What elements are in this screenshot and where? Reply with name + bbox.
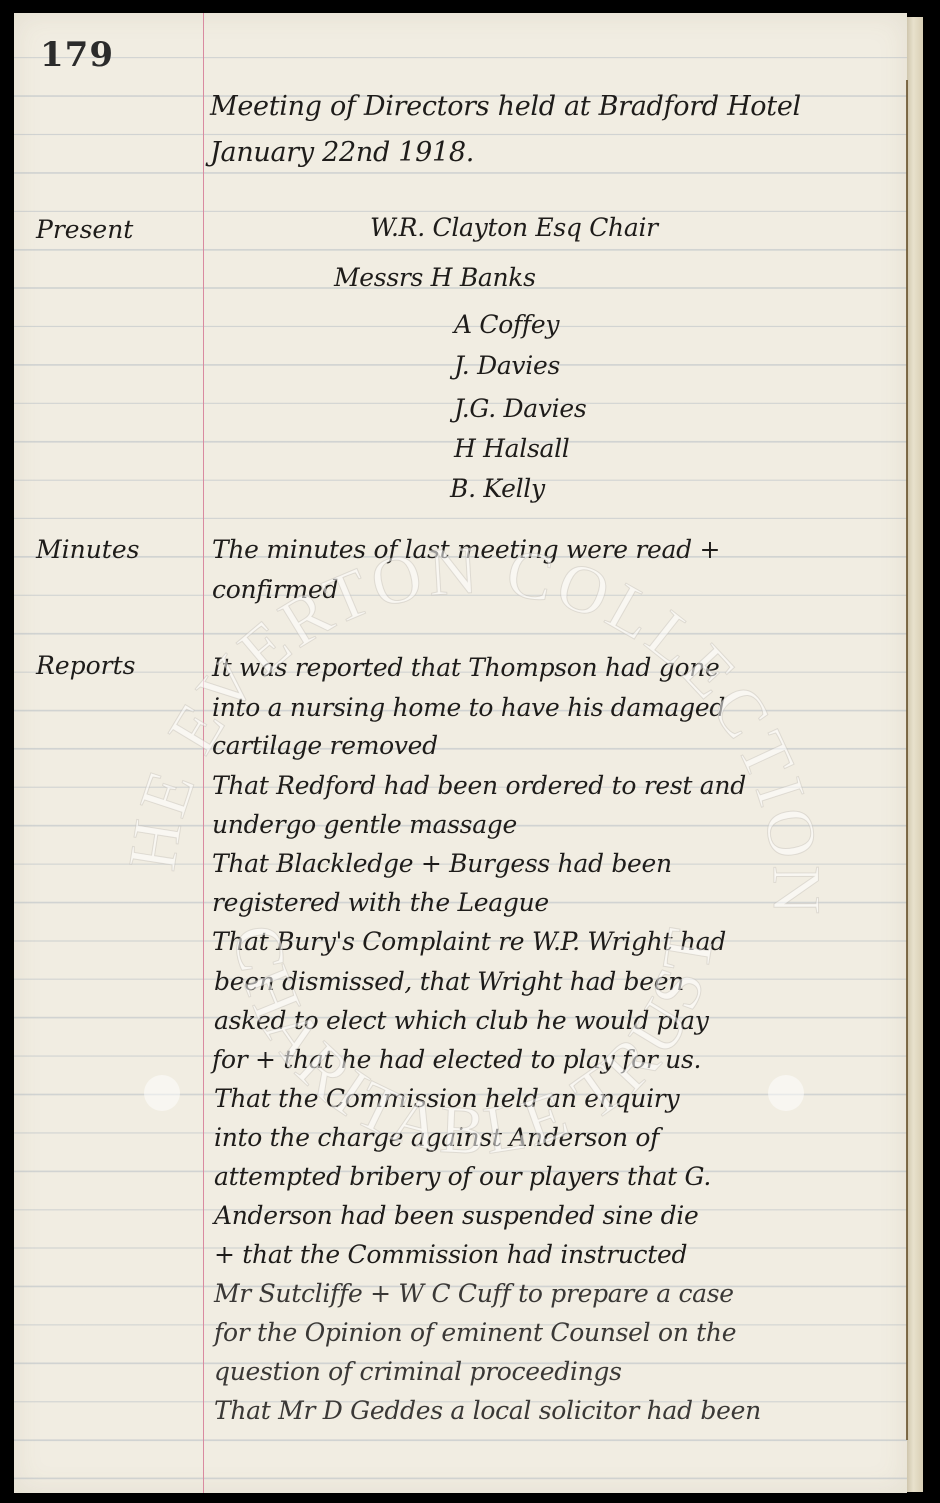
- report-line: for + that he had elected to play for us…: [212, 1045, 701, 1074]
- minutes-label: Minutes: [36, 535, 139, 564]
- report-line: undergo gentle massage: [212, 810, 517, 839]
- ledger-page: 179 Meeting of Directors held at Bradfor…: [14, 13, 907, 1493]
- report-line: It was reported that Thompson had gone: [212, 653, 720, 682]
- attendee: B. Kelly: [450, 474, 545, 503]
- report-line: That Mr D Geddes a local solicitor had b…: [214, 1396, 761, 1425]
- report-line: cartilage removed: [212, 731, 438, 760]
- present-label: Present: [36, 215, 133, 244]
- report-line: That Blackledge + Burgess had been: [212, 849, 672, 878]
- page-number: 179: [40, 35, 114, 75]
- minutes-line: confirmed: [212, 575, 338, 604]
- report-line: That Redford had been ordered to rest an…: [212, 771, 746, 800]
- report-line: That the Commission held an enquiry: [214, 1084, 679, 1113]
- report-line: + that the Commission had instructed: [214, 1240, 687, 1269]
- report-line: Mr Sutcliffe + W C Cuff to prepare a cas…: [214, 1279, 734, 1308]
- attendee: A Coffey: [454, 310, 559, 339]
- minutes-line: The minutes of last meeting were read +: [212, 535, 720, 564]
- report-line: into the charge against Anderson of: [214, 1123, 659, 1152]
- book-binding: [907, 17, 923, 1492]
- report-line: for the Opinion of eminent Counsel on th…: [214, 1318, 736, 1347]
- reports-label: Reports: [36, 651, 136, 680]
- report-line: into a nursing home to have his damaged: [212, 693, 725, 722]
- report-line: Anderson had been suspended sine die: [214, 1201, 699, 1230]
- margin-line: [203, 13, 204, 1493]
- meeting-heading-line2: January 22nd 1918.: [210, 137, 474, 168]
- attendee-chair: W.R. Clayton Esq Chair: [370, 213, 658, 242]
- report-line: been dismissed, that Wright had been: [214, 967, 684, 996]
- attendee: Messrs H Banks: [334, 263, 536, 292]
- report-line: asked to elect which club he would play: [214, 1006, 709, 1035]
- report-line: That Bury's Complaint re W.P. Wright had: [212, 927, 726, 956]
- attendee: J.G. Davies: [454, 394, 586, 423]
- binding-thread: [906, 80, 908, 1440]
- report-line: question of criminal proceedings: [214, 1357, 622, 1386]
- report-line: registered with the League: [212, 888, 549, 917]
- report-line: attempted bribery of our players that G.: [214, 1162, 711, 1191]
- attendee: H Halsall: [454, 434, 569, 463]
- meeting-heading-line1: Meeting of Directors held at Bradford Ho…: [210, 91, 801, 122]
- attendee: J. Davies: [454, 351, 560, 380]
